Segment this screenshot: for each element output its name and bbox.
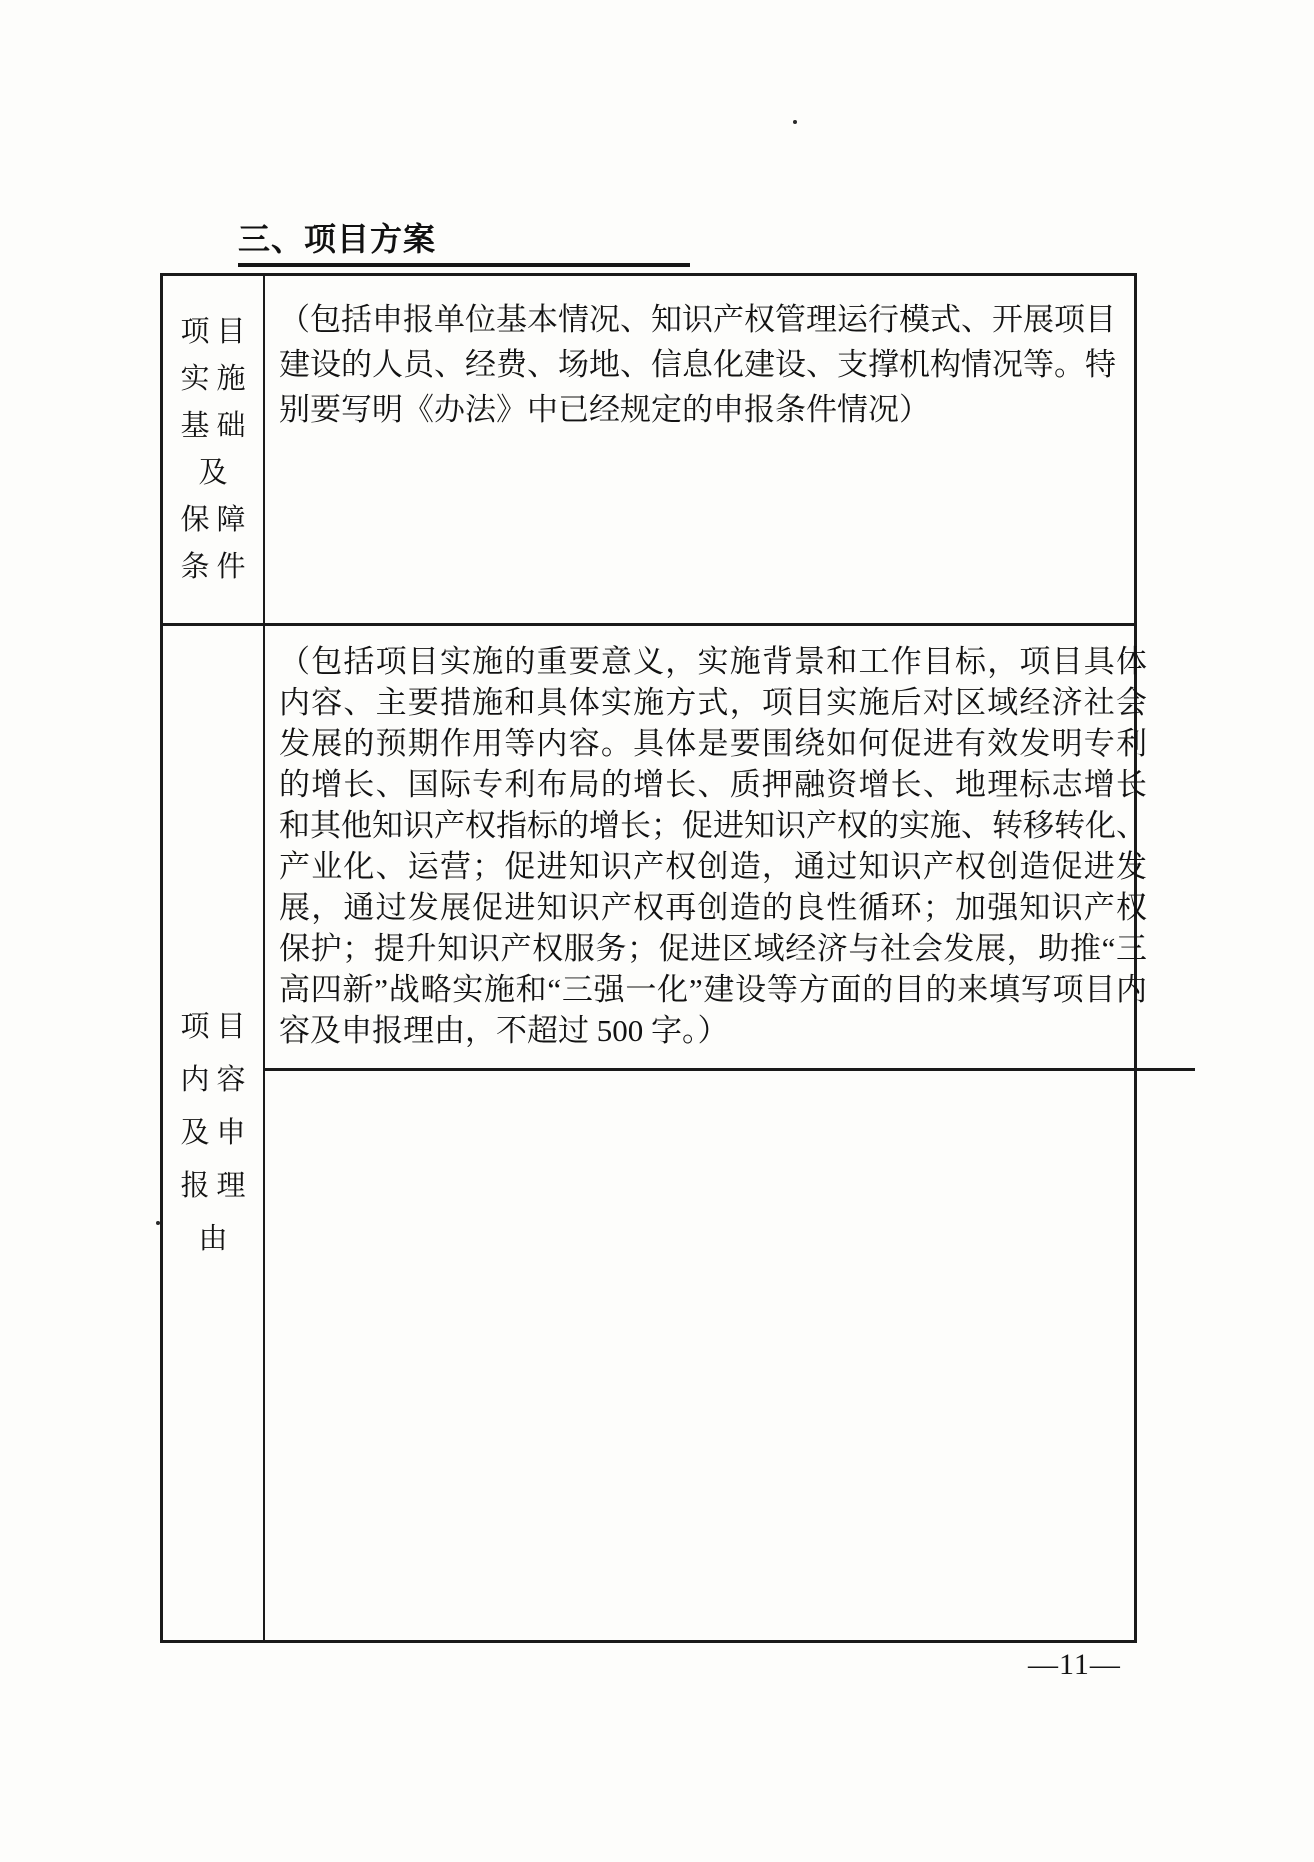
paragraph-line: 保护；提升知识产权服务；促进区域经济与社会发展，助推“三 [279, 928, 1147, 969]
label-line: 及 [191, 450, 234, 497]
paragraph-line: 内容、主要措施和具体实施方式，项目实施后对区域经济社会 [279, 682, 1147, 723]
label-line: 内容 [173, 1054, 252, 1107]
label-line: 及申 [173, 1107, 252, 1160]
paragraph-line: 的增长、国际专利布局的增长、质押融资增长、地理标志增长 [279, 764, 1147, 805]
answer-area-empty [265, 1071, 1195, 1640]
paragraph-line: 建设的人员、经费、场地、信息化建设、支撑机构情况等。特 [279, 342, 1116, 387]
label-line: 保障 [173, 497, 252, 544]
scan-speck [156, 1221, 160, 1225]
section-title-block: 三、项目方案 [238, 220, 690, 267]
row-label-implementation-basis: 项目 实施 基础 及 保障 条件 [163, 276, 265, 623]
label-line: 项目 [173, 309, 252, 356]
paragraph-line: 容及申报理由，不超过 500 字。） [279, 1010, 1147, 1051]
row-content-project-content: （包括项目实施的重要意义，实施背景和工作目标，项目具体 内容、主要措施和具体实施… [265, 626, 1195, 1640]
paragraph-line: 产业化、运营；促进知识产权创造，通过知识产权创造促进发 [279, 846, 1147, 887]
instruction-paragraph: （包括项目实施的重要意义，实施背景和工作目标，项目具体 内容、主要措施和具体实施… [265, 626, 1195, 1071]
document-page: 三、项目方案 项目 实施 基础 及 保障 条件 （包括申报单位基本情况、知识产权… [0, 0, 1314, 1862]
paragraph-line: 别要写明《办法》中已经规定的申报条件情况） [279, 387, 1116, 432]
section-title: 三、项目方案 [238, 220, 690, 258]
paragraph-line: （包括项目实施的重要意义，实施背景和工作目标，项目具体 [279, 641, 1147, 682]
table-row-project-content: 项目 内容 及申 报理 由 （包括项目实施的重要意义，实施背景和工作目标，项目具… [163, 626, 1134, 1640]
label-line: 实施 [173, 356, 252, 403]
label-line: 由 [191, 1213, 234, 1266]
paragraph-line: （包括申报单位基本情况、知识产权管理运行模式、开展项目 [279, 297, 1116, 342]
paragraph-line: 和其他知识产权指标的增长；促进知识产权的实施、转移转化、 [279, 805, 1147, 846]
row-label-project-content: 项目 内容 及申 报理 由 [163, 626, 265, 1640]
paragraph-line: 展，通过发展促进知识产权再创造的良性循环；加强知识产权 [279, 887, 1147, 928]
label-line: 报理 [173, 1160, 252, 1213]
label-line: 条件 [173, 544, 252, 591]
project-plan-table: 项目 实施 基础 及 保障 条件 （包括申报单位基本情况、知识产权管理运行模式、… [160, 273, 1137, 1643]
page-number: —11— [1028, 1648, 1121, 1682]
table-row-implementation-basis: 项目 实施 基础 及 保障 条件 （包括申报单位基本情况、知识产权管理运行模式、… [163, 276, 1134, 626]
paragraph-line: 高四新”战略实施和“三强一化”建设等方面的目的来填写项目内 [279, 969, 1147, 1010]
paragraph-line: 发展的预期作用等内容。具体是要围绕如何促进有效发明专利 [279, 723, 1147, 764]
label-line: 基础 [173, 403, 252, 450]
scan-speck [793, 120, 797, 124]
label-line: 项目 [173, 1001, 252, 1054]
row-content-implementation-basis: （包括申报单位基本情况、知识产权管理运行模式、开展项目 建设的人员、经费、场地、… [265, 276, 1164, 623]
